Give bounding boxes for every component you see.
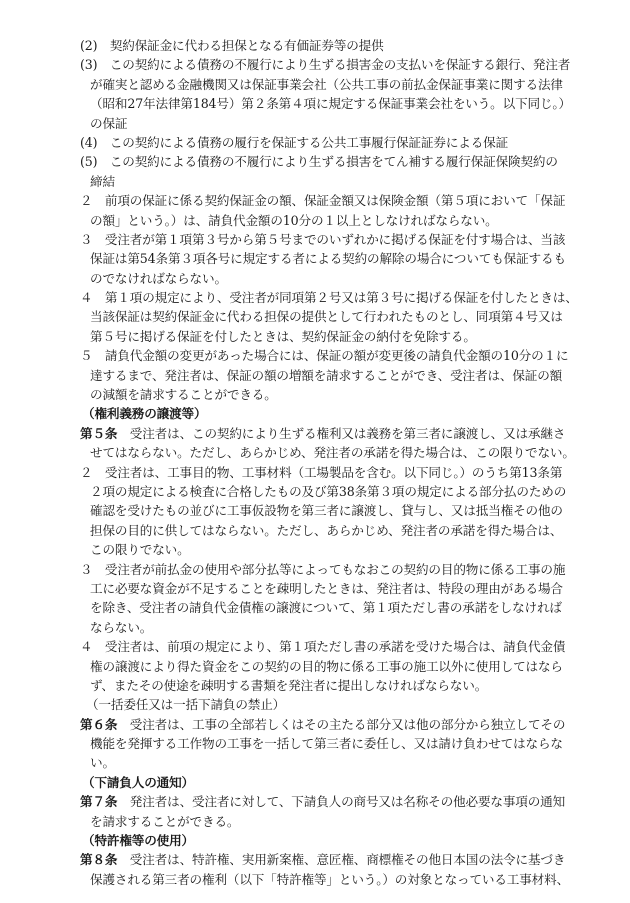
list-item: (5) この契約による債務の不履行により生ずる損害をてん補する履行保証保険契約の (80, 152, 560, 171)
paragraph-line: ４ 受注者は、前項の規定により、第１項ただし書の承諾を受けた場合は、請負代金債 (80, 637, 560, 656)
list-item: (2) 契約保証金に代わる担保となる有価証券等の提供 (80, 36, 560, 55)
article-number: 第５条 (80, 426, 117, 441)
text-line-continuation: 第５号に掲げる保証を付したときは、契約保証金の納付を免除する。 (80, 327, 560, 346)
article-number: 第７条 (80, 794, 117, 809)
text-line-continuation: 機能を発揮する工作物の工事を一括して第三者に委任し、又は請け負わせてはならな (80, 734, 560, 753)
text-line-continuation: 工に必要な資金が不足することを疎明したときは、発注者は、特段の理由がある場合 (80, 579, 560, 598)
text-line-continuation: の保証 (80, 114, 560, 133)
document-page: (2) 契約保証金に代わる担保となる有価証券等の提供(3) この契約による債務の… (80, 36, 560, 889)
text-line-continuation: の減額を請求することができる。 (80, 385, 560, 404)
article-line: 第７条 発注者は、受注者に対して、下請負人の商号又は名称その他必要な事項の通知 (80, 792, 560, 811)
article-text: 受注者は、特許権、実用新案権、意匠権、商標権その他日本国の法令に基づき (117, 852, 565, 867)
paragraph-line: ２ 受注者は、工事目的物、工事材料（工場製品を含む。以下同じ。）のうち第13条第 (80, 463, 560, 482)
text-line-continuation: 保証は第54条第３項各号に規定する者による契約の解除の場合についても保証するも (80, 249, 560, 268)
article-heading: （特許権等の使用） (80, 831, 560, 850)
text-line-continuation: ず、またその使途を疎明する書類を発注者に提出しなければならない。 (80, 676, 560, 695)
article-text: 発注者は、受注者に対して、下請負人の商号又は名称その他必要な事項の通知 (117, 794, 565, 809)
paragraph-line: ４ 第１項の規定により、受注者が同項第２号又は第３号に掲げる保証を付したときは、 (80, 288, 560, 307)
text-line-continuation: 保護される第三者の権利（以下「特許権等」という。）の対象となっている工事材料、 (80, 870, 560, 889)
text-line-continuation: 確認を受けたもの並びに工事仮設物を第三者に譲渡し、貸与し、又は抵当権その他の (80, 501, 560, 520)
article-text: 受注者は、工事の全部若しくはその主たる部分又は他の部分から独立してその (117, 717, 565, 732)
article-line: 第５条 受注者は、この契約により生ずる権利又は義務を第三者に譲渡し、又は承継さ (80, 424, 560, 443)
text-line-continuation: のでなければならない。 (80, 269, 560, 288)
paragraph-line: ２ 前項の保証に係る契約保証金の額、保証金額又は保険金額（第５項において「保証 (80, 191, 560, 210)
article-number: 第８条 (80, 852, 117, 867)
list-item: (4) この契約による債務の履行を保証する公共工事履行保証証券による保証 (80, 133, 560, 152)
text-line-continuation: （昭和27年法律第184号）第２条第４項に規定する保証事業会社をいう。以下同じ。… (80, 94, 560, 113)
text-line-continuation: 締結 (80, 172, 560, 191)
article-line: 第８条 受注者は、特許権、実用新案権、意匠権、商標権その他日本国の法令に基づき (80, 850, 560, 869)
article-heading: （一括委任又は一括下請負の禁止） (80, 695, 560, 714)
article-line: 第６条 受注者は、工事の全部若しくはその主たる部分又は他の部分から独立してその (80, 715, 560, 734)
text-line-continuation: が確実と認める金融機関又は保証事業会社（公共工事の前払金保証事業に関する法律 (80, 75, 560, 94)
article-heading: （権利義務の譲渡等） (80, 404, 560, 423)
text-line-continuation: の額」という。）は、請負代金額の10分の１以上としなければならない。 (80, 211, 560, 230)
article-heading: （下請負人の通知） (80, 773, 560, 792)
text-line-continuation: を除き、受注者の請負代金債権の譲渡について、第１項ただし書の承諾をしなければ (80, 598, 560, 617)
article-text: 受注者は、この契約により生ずる権利又は義務を第三者に譲渡し、又は承継さ (117, 426, 565, 441)
text-line-continuation: い。 (80, 753, 560, 772)
list-item: (3) この契約による債務の不履行により生ずる損害金の支払いを保証する銀行、発注… (80, 55, 560, 74)
text-line-continuation: 権の譲渡により得た資金をこの契約の目的物に係る工事の施工以外に使用してはなら (80, 657, 560, 676)
text-line-continuation: 当該保証は契約保証金に代わる担保の提供として行われたものとし、同項第４号又は (80, 307, 560, 326)
text-line-continuation: ならない。 (80, 618, 560, 637)
text-line-continuation: 達するまで、発注者は、保証の額の増額を請求することができ、受注者は、保証の額 (80, 366, 560, 385)
text-line-continuation: を請求することができる。 (80, 812, 560, 831)
text-line-continuation: ２項の規定による検査に合格したもの及び第38条第３項の規定による部分払のための (80, 482, 560, 501)
paragraph-line: ３ 受注者が前払金の使用や部分払等によってもなおこの契約の目的物に係る工事の施 (80, 560, 560, 579)
text-line-continuation: この限りでない。 (80, 540, 560, 559)
text-line-continuation: せてはならない。ただし、あらかじめ、発注者の承諾を得た場合は、この限りでない。 (80, 443, 560, 462)
paragraph-line: ３ 受注者が第１項第３号から第５号までのいずれかに掲げる保証を付す場合は、当該 (80, 230, 560, 249)
paragraph-line: ５ 請負代金額の変更があった場合には、保証の額が変更後の請負代金額の10分の１に (80, 346, 560, 365)
text-line-continuation: 担保の目的に供してはならない。ただし、あらかじめ、発注者の承諾を得た場合は、 (80, 521, 560, 540)
article-number: 第６条 (80, 717, 117, 732)
